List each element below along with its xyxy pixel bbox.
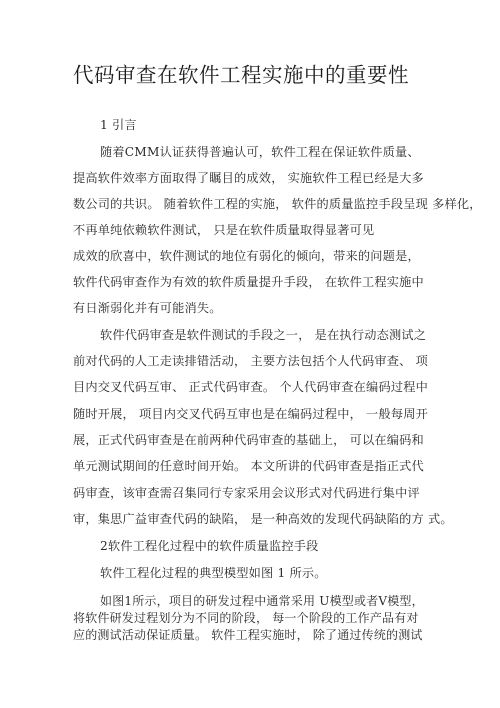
paragraph-line: 软件工程化过程的典型模型如图 1 所示。	[100, 564, 327, 581]
paragraph-line: 如图1所示，项目的研发过程中通常采用 U模型或者V模型，	[100, 593, 424, 609]
paragraph-line: 目内交叉代码互审、 正式代码审查。 个人代码审查在编码过程中	[73, 378, 428, 395]
section-heading: 2软件工程化过程中的软件质量监控手段	[100, 537, 319, 554]
paragraph-line: 码审查，该审查需召集同行专家采用会议形式对代码进行集中评	[73, 484, 420, 501]
paragraph-line: 随着CMM认证获得普遍认可，软件工程在保证软件质量、	[100, 143, 420, 160]
paragraph-line: 前对代码的人工走读排错活动， 主要方法包括个人代码审查、 项	[73, 352, 428, 369]
paragraph-line: 有日渐弱化并有可能消失。	[73, 299, 222, 316]
paragraph-line: 将软件研发过程划分为不同的阶段， 每一个阶段的工作产品有对	[73, 610, 419, 626]
paragraph-line: 成效的欣喜中，软件测试的地位有弱化的倾向，带来的问题是，	[73, 247, 420, 264]
paragraph-line: 数公司的共识。 随着软件工程的实施， 软件的质量监控手段呈现 多样化，	[73, 195, 482, 212]
paragraph-line: 应的测试活动保证质量。 软件工程实施时， 除了通过传统的测试	[73, 627, 423, 643]
paragraph-line: 不再单纯依赖软件测试， 只是在软件质量取得显著可见	[73, 221, 374, 238]
paragraph-line: 单元测试期间的任意时间开始。 本文所讲的代码审查是指正式代	[73, 457, 424, 474]
section-heading: 1 引言	[100, 116, 137, 133]
paragraph-line: 审，集思广益审查代码的缺陷， 是一种高效的发现代码缺陷的方 式。	[73, 510, 453, 527]
paragraph-line: 软件代码审查作为有效的软件质量提升手段， 在软件工程实施中	[73, 273, 424, 290]
paragraph-line: 随时开展， 项目内交叉代码互审也是在编码过程中， 一般每周开	[73, 405, 428, 422]
document-title: 代码审查在软件工程实施中的重要性	[73, 58, 409, 88]
paragraph-line: 展，正式代码审查是在前两种代码审查的基础上， 可以在编码和	[73, 431, 424, 448]
paragraph-line: 软件代码审查是软件测试的手段之一， 是在执行动态测试之	[100, 326, 426, 343]
paragraph-line: 提高软件效率方面取得了瞩目的成效， 实施软件工程已经是大多	[73, 169, 424, 186]
